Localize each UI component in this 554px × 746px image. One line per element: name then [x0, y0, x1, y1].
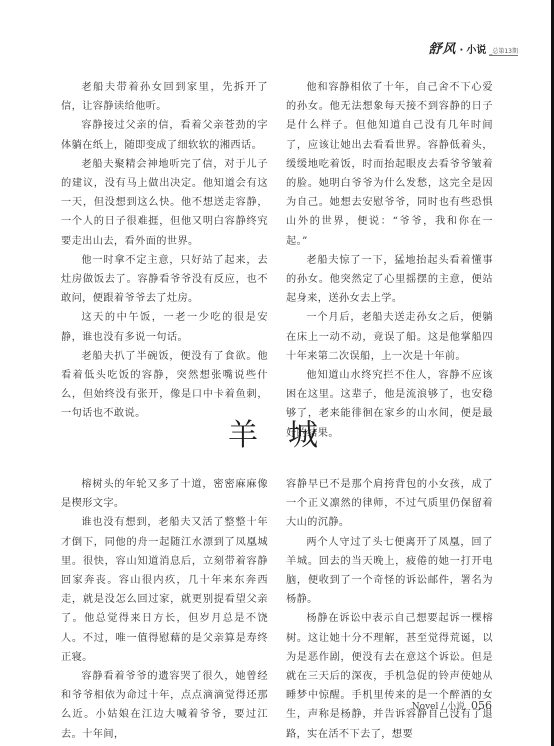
- page-number: 056: [471, 699, 492, 712]
- header-section: 小说: [466, 41, 486, 56]
- header-separator: ·: [460, 45, 464, 56]
- header-issue: _总第13期: [489, 46, 518, 56]
- paragraph: 两个人守过了头七便离开了凤凰，回了羊城。回去的当天晚上，疲倦的她一打开电脑，便收…: [286, 533, 493, 610]
- running-header: 舒风 · 小说 _总第13期: [429, 38, 518, 57]
- paragraph: 老船夫聚精会神地听完了信，对于儿子的建议，没有马上做出决定。他知道会有这一天，但…: [61, 155, 268, 251]
- paragraph: 杨静在诉讼中表示自己想要起诉一棵榕树。这让她十分不理解，甚至觉得荒诞，以为是恶作…: [286, 609, 493, 743]
- paragraph-continued: 容静早已不是那个肩挎背包的小女孩，成了一个正义凛然的律师，不过气质里仍保留着大山…: [286, 475, 493, 533]
- story-a-left-column: 老船夫带着孙女回到家里，先拆开了信，让容静读给他听。 容静接过父亲的信，看着父亲…: [61, 78, 268, 424]
- paragraph: 这天的中午饭，一老一少吃的很是安静，谁也没有多说一句话。: [61, 308, 268, 346]
- paragraph: 榕树头的年轮又多了十道，密密麻麻像是楔形文字。: [61, 475, 268, 513]
- paragraph: 老船夫带着孙女回到家里，先拆开了信，让容静读给他听。: [61, 78, 268, 116]
- footer-label: Novel / 小说: [412, 702, 465, 712]
- story-a-right-column: 他和容静相依了十年，自己舍不下心爱的孙女。他无法想象每天接不到容静的日子是什么样…: [286, 78, 493, 443]
- paragraph: 他一时拿不定主意，只好站了起来，去灶房做饭去了。容静看爷爷没有反应，也不敢问，便…: [61, 251, 268, 309]
- paragraph: 容静看着爷爷的遗容哭了很久，她曾经和爷爷相依为命过十年，点点滴滴觉得还那么近。小…: [61, 667, 268, 744]
- paragraph: 他和容静相依了十年，自己舍不下心爱的孙女。他无法想象每天接不到容静的日子是什么样…: [286, 78, 493, 251]
- page-footer: Novel / 小说 056: [412, 699, 492, 712]
- paragraph: 谁也没有想到，老船夫又活了整整十年才倒下，同他的舟一起随江水漂到了凤凰城里。很快…: [61, 513, 268, 667]
- story-b-left-column: 榕树头的年轮又多了十道，密密麻麻像是楔形文字。 谁也没有想到，老船夫又活了整整十…: [61, 475, 268, 744]
- magazine-brand: 舒风: [429, 38, 457, 57]
- paragraph: 一个月后，老船夫送走孙女之后，便躺在床上一动不动，竟误了船。这是他掌船四十年来第…: [286, 308, 493, 366]
- story-title: 羊城: [0, 410, 554, 454]
- paragraph: 老船夫惊了一下，猛地抬起头看着懂事的孙女。他突然定了心里摇摆的主意，便站起身来，…: [286, 251, 493, 309]
- paragraph: 容静接过父亲的信，看着父亲苍劲的字体躺在纸上，随即变成了细软软的湘西话。: [61, 116, 268, 154]
